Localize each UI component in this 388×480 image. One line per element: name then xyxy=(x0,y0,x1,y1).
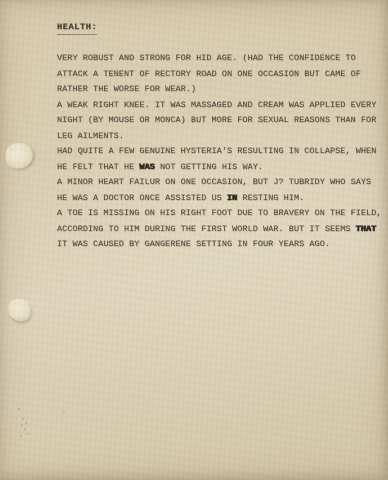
text-segment: LEG AILMENTS. xyxy=(57,131,124,141)
paper-damage-spot xyxy=(5,142,35,171)
pencil-mark xyxy=(18,408,20,410)
text-line: HE FELT THAT HE WAS NOT GETTING HIS WAY. xyxy=(57,160,379,176)
text-line: NIGHT (BY MOUSE OR MONCA) BUT MORE FOR S… xyxy=(57,113,379,129)
text-segment: RATHER THE WORSE FOR WEAR.) xyxy=(57,84,196,94)
document-body: VERY ROBUST AND STRONG FOR HID AGE. (HAD… xyxy=(57,51,379,253)
text-line: ACCORDING TO HIM DURING THE FIRST WORLD … xyxy=(57,222,379,238)
text-line: ATTACK A TENENT OF RECTORY ROAD ON ONE O… xyxy=(57,67,379,83)
overstruck-word: THAT xyxy=(356,224,377,234)
text-segment: HE FELT THAT HE xyxy=(57,162,139,172)
text-line: HAD QUITE A FEW GENUINE HYSTERIA'S RESUL… xyxy=(57,144,379,160)
text-segment: VERY ROBUST AND STRONG FOR HID AGE. (HAD… xyxy=(57,53,356,63)
text-line: A WEAK RIGHT KNEE. IT WAS MASSAGED AND C… xyxy=(57,98,379,114)
text-segment: IT WAS CAUSED BY GANGERENE SETTING IN FO… xyxy=(57,239,330,249)
text-line: LEG AILMENTS. xyxy=(57,129,379,145)
overstruck-word: IN xyxy=(227,193,237,203)
document-page: HEALTH: VERY ROBUST AND STRONG FOR HID A… xyxy=(0,0,388,480)
text-segment: NOT GETTING HIS WAY. xyxy=(155,162,263,172)
text-segment: NIGHT (BY MOUSE OR MONCA) BUT MORE FOR S… xyxy=(57,115,376,125)
text-line: A MINOR HEART FAILUR ON ONE OCCASION, BU… xyxy=(57,175,379,191)
document-heading: HEALTH: xyxy=(57,22,97,35)
text-line: VERY ROBUST AND STRONG FOR HID AGE. (HAD… xyxy=(57,51,379,67)
text-line: RATHER THE WORSE FOR WEAR.) xyxy=(57,82,379,98)
text-line: A TOE IS MISSING ON HIS RIGHT FOOT DUE T… xyxy=(57,206,379,222)
text-segment: A TOE IS MISSING ON HIS RIGHT FOOT DUE T… xyxy=(57,208,382,218)
text-segment: HAD QUITE A FEW GENUINE HYSTERIA'S RESUL… xyxy=(57,146,376,156)
text-segment: HE WAS A DOCTOR ONCE ASSISTED US xyxy=(57,193,227,203)
text-line: HE WAS A DOCTOR ONCE ASSISTED US IN REST… xyxy=(57,191,379,207)
overstruck-word: WAS xyxy=(139,162,154,172)
text-segment: ATTACK A TENENT OF RECTORY ROAD ON ONE O… xyxy=(57,69,361,79)
text-segment: ACCORDING TO HIM DURING THE FIRST WORLD … xyxy=(57,224,356,234)
text-segment: A MINOR HEART FAILUR ON ONE OCCASION, BU… xyxy=(57,177,371,187)
text-segment: RESTING HIM. xyxy=(237,193,304,203)
text-segment: A WEAK RIGHT KNEE. IT WAS MASSAGED AND C… xyxy=(57,100,376,110)
text-line: IT WAS CAUSED BY GANGERENE SETTING IN FO… xyxy=(57,237,379,253)
paper-damage-spot xyxy=(6,298,33,324)
